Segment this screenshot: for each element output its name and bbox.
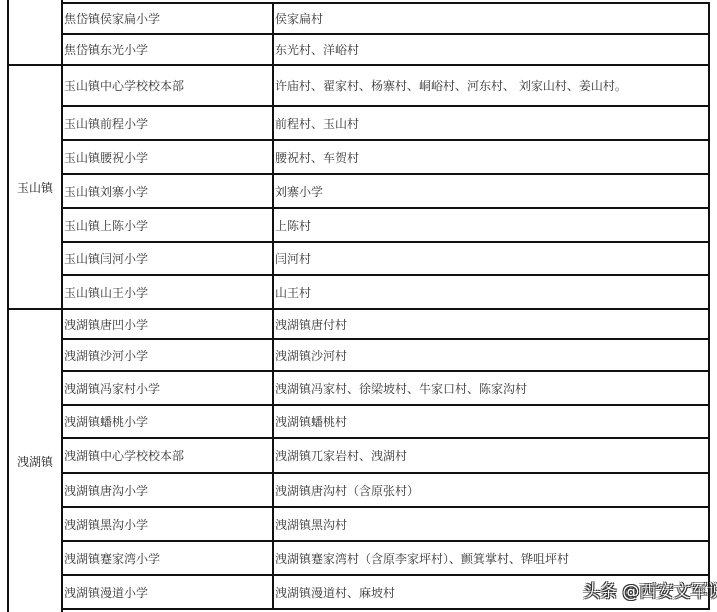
- table-row: 洩湖镇沙河小学洩湖镇沙河村: [63, 338, 710, 370]
- service-area-cell: 洩湖镇唐付村: [274, 310, 710, 338]
- table-row: 洩湖镇黑沟小学洩湖镇黑沟村: [63, 506, 710, 540]
- town-cell: 玉山镇: [7, 64, 63, 308]
- table-row: 焦岱镇东光小学东光村、洋峪村: [63, 33, 710, 64]
- table-row: 洩湖镇冯家村小学洩湖镇冯家村、徐梁坡村、牛家口村、陈家沟村: [63, 370, 710, 404]
- service-area-cell: 洩湖镇冯家村、徐梁坡村、牛家口村、陈家沟村: [274, 372, 710, 404]
- school-name-cell: 洩湖镇沙河小学: [63, 340, 274, 370]
- table-row: 玉山镇前程小学前程村、玉山村: [63, 105, 710, 139]
- service-area-cell: 洩湖镇兀家岩村、洩湖村: [274, 439, 710, 472]
- school-name-cell: 焦岱镇东光小学: [63, 35, 274, 64]
- service-area-cell: 山王村: [274, 276, 710, 308]
- service-area-cell: 上陈村: [274, 209, 710, 241]
- table-row: 洩湖镇中心学校校本部 洩湖镇兀家岩村、洩湖村: [63, 437, 710, 472]
- table-row: 玉山镇刘寨小学刘寨小学: [63, 173, 710, 207]
- service-area-cell: 侯家扁村: [274, 4, 710, 33]
- table-row: 洩湖镇蹇家湾小学洩湖镇蹇家湾村（含原李家坪村）、颤箕掌村、铧咀坪村: [63, 540, 710, 574]
- school-name-cell: 洩湖镇唐沟小学: [63, 474, 274, 506]
- watermark: 头条 @西安文军说: [583, 577, 717, 602]
- table-row: 洩湖镇蟠桃小学洩湖镇蟠桃村: [63, 404, 710, 437]
- service-area-cell: 许庙村、翟家村、杨寨村、峒峪村、河东村、 刘家山村、姜山村。: [274, 66, 710, 105]
- service-area-cell: 刘寨小学: [274, 175, 710, 207]
- school-name-cell: 洩湖镇漫道小学: [63, 576, 274, 608]
- table-row: 玉山镇闫河小学闫河村: [63, 241, 710, 274]
- school-name-cell: 焦岱镇侯家扁小学: [63, 4, 274, 33]
- table-row: 玉山镇中心学校校本部许庙村、翟家村、杨寨村、峒峪村、河东村、 刘家山村、姜山村。: [63, 64, 710, 105]
- school-name-cell: 玉山镇腰祝小学: [63, 141, 274, 173]
- town-name: 洩湖镇: [17, 453, 53, 470]
- school-name-cell: 玉山镇上陈小学: [63, 209, 274, 241]
- service-area-cell: 东光村、洋峪村: [274, 35, 710, 64]
- school-name-cell: 玉山镇前程小学: [63, 107, 274, 139]
- school-name-cell: 洩湖镇蟠桃小学: [63, 406, 274, 437]
- table-row: 玉山镇腰祝小学腰祝村、车贺村: [63, 139, 710, 173]
- town-cell: [7, 0, 63, 64]
- school-name-cell: 洩湖镇黑沟小学: [63, 508, 274, 540]
- service-area-cell: 前程村、玉山村: [274, 107, 710, 139]
- table-row: 焦岱镇侯家扁小学侯家扁村: [63, 2, 710, 33]
- service-area-cell: 洩湖镇唐沟村（含原张村）: [274, 474, 710, 506]
- school-name-cell: 洩湖镇中心学校校本部: [63, 439, 274, 472]
- service-area-cell: 洩湖镇蹇家湾村（含原李家坪村）、颤箕掌村、铧咀坪村: [274, 542, 710, 574]
- service-area-cell: 洩湖镇蟠桃村: [274, 406, 710, 437]
- school-name-cell: 玉山镇中心学校校本部: [63, 66, 274, 105]
- service-area-cell: 洩湖镇黑沟村: [274, 508, 710, 540]
- service-area-cell: 闫河村: [274, 243, 710, 274]
- school-name-cell: 玉山镇山王小学: [63, 276, 274, 308]
- service-area-cell: 腰祝村、车贺村: [274, 141, 710, 173]
- school-name-cell: 洩湖镇蹇家湾小学: [63, 542, 274, 574]
- table-bottom-border: [63, 608, 710, 610]
- table-row: 玉山镇上陈小学上陈村: [63, 207, 710, 241]
- town-name: 玉山镇: [17, 179, 53, 196]
- town-cell: 洩湖镇: [7, 308, 63, 612]
- table-row: 玉山镇山王小学山王村: [63, 274, 710, 308]
- school-name-cell: 洩湖镇冯家村小学: [63, 372, 274, 404]
- table-row: 洩湖镇唐凹小学洩湖镇唐付村: [63, 308, 710, 338]
- school-name-cell: 玉山镇闫河小学: [63, 243, 274, 274]
- school-name-cell: 玉山镇刘寨小学: [63, 175, 274, 207]
- table-row: 洩湖镇唐沟小学洩湖镇唐沟村（含原张村）: [63, 472, 710, 506]
- school-name-cell: 洩湖镇唐凹小学: [63, 310, 274, 338]
- service-area-cell: 洩湖镇沙河村: [274, 340, 710, 370]
